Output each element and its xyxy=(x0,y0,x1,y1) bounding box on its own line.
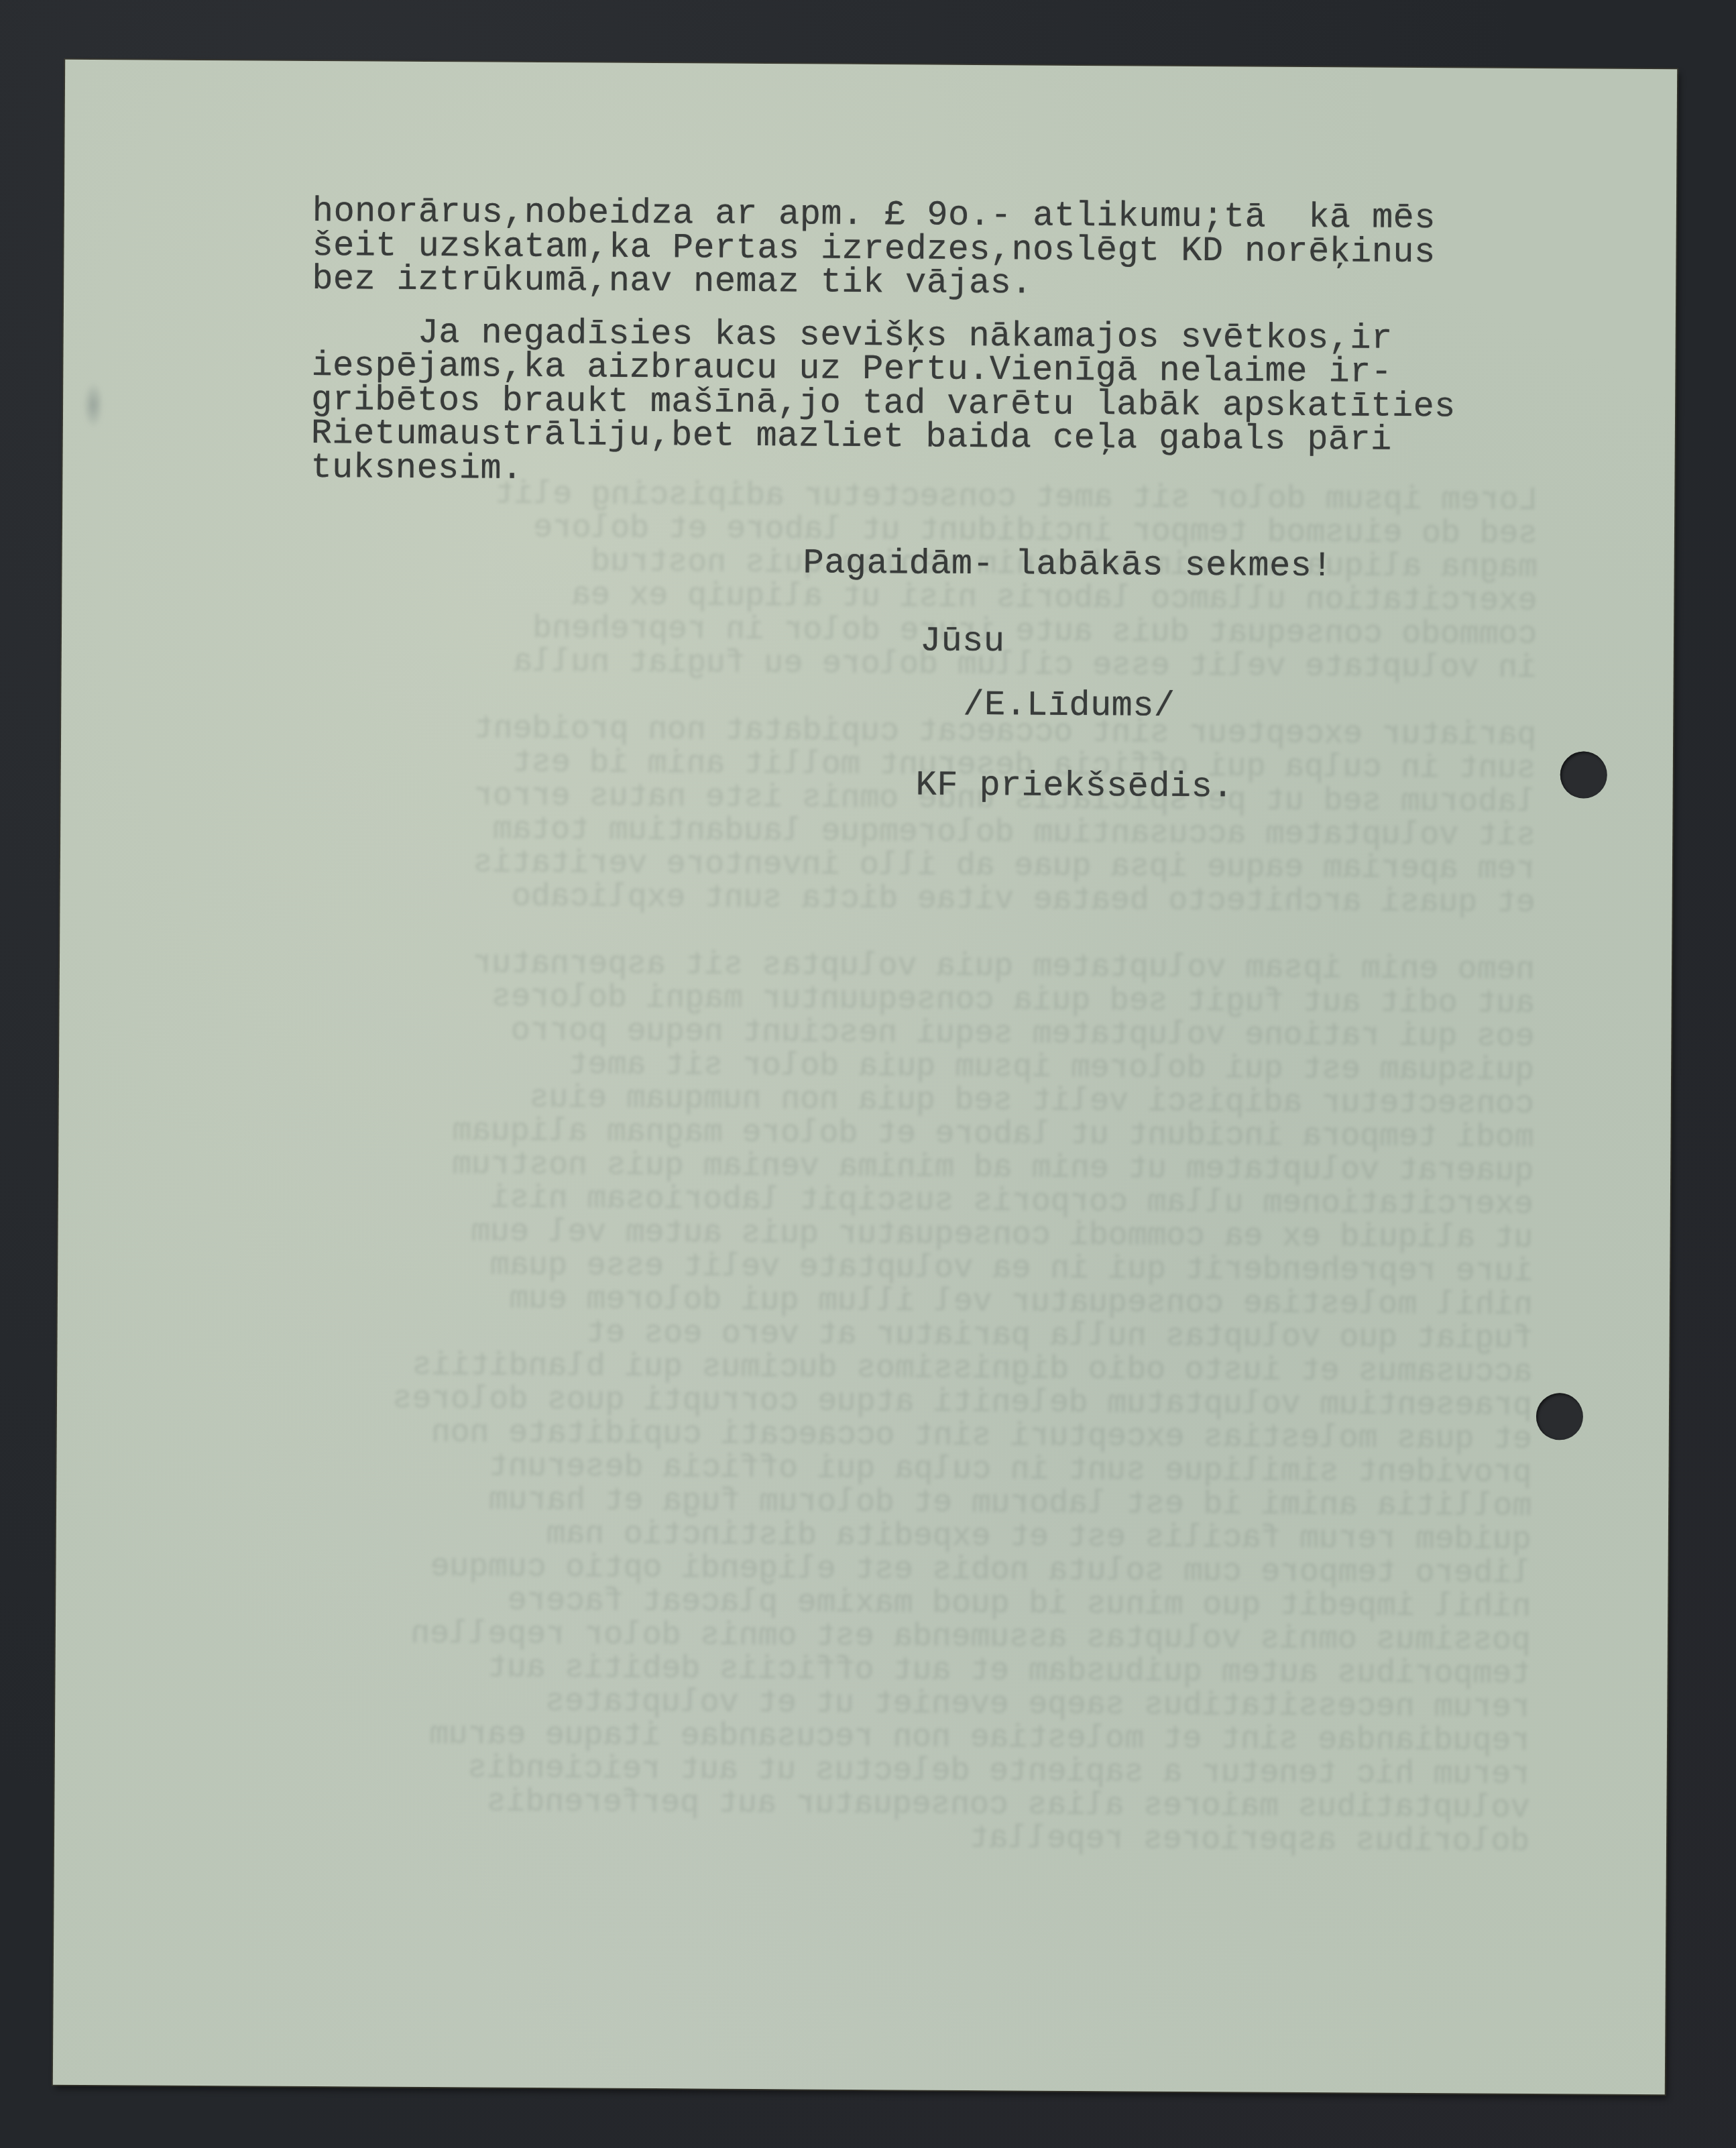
paragraph-1: honorārus,nobeidza ar apm. £ 9o.- atliku… xyxy=(312,195,1457,304)
punch-hole xyxy=(1536,1393,1583,1440)
signatory-title: KF priekšsēdis. xyxy=(915,765,1233,807)
punch-hole xyxy=(1560,751,1607,798)
ink-smudge xyxy=(83,382,103,429)
signature-name: /E.Līdums/ xyxy=(963,685,1175,726)
letter-body: honorārus,nobeidza ar apm. £ 9o.- atliku… xyxy=(310,195,1456,492)
letter-page: Lorem ipsum dolor sit amet consectetur a… xyxy=(53,60,1677,2095)
closing-valediction: Jūsu xyxy=(920,621,1005,661)
bleed-through-text: Lorem ipsum dolor sit amet consectetur a… xyxy=(187,476,1538,2040)
closing-salutation: Pagaidām- labākās sekmes! xyxy=(803,543,1332,586)
paragraph-2: Ja negadīsies kas sevišķs nākamajos svēt… xyxy=(310,315,1456,492)
